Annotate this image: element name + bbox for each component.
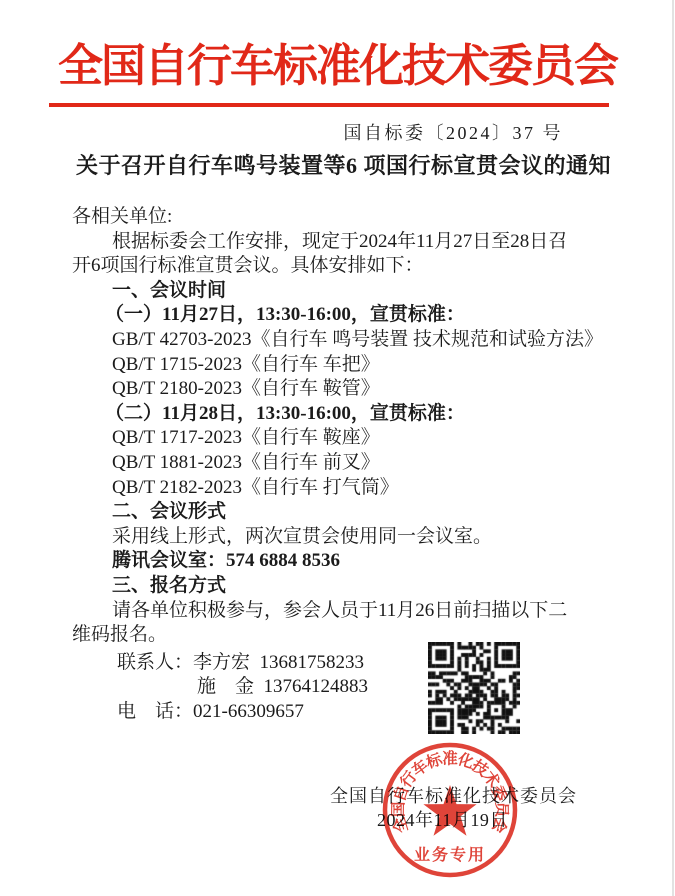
header-red-rule [49,103,609,107]
star-icon [423,785,476,836]
body-line: 采用线上形式，两次宣贯会使用同一会议室。 [72,525,617,550]
body-line: 施 金 13764124883 [72,675,617,700]
body-line: 一、会议时间 [72,279,617,304]
body-line: 各相关单位: [72,205,617,230]
body-line: QB/T 2180-2023《自行车 鞍管》 [72,377,617,402]
body-line: 开6项国行标准宣贯会议。具体安排如下： [72,254,617,279]
notice-body-text: 各相关单位:根据标委会工作安排，现定于2024年11月27日至28日召开6项国行… [72,205,617,724]
stamp-bottom-text: 业务专用 [414,845,486,864]
scanned-notice-document: { "header": { "org_title": "全国自行车标准化技术委员… [0,0,675,896]
body-line: 请各单位积极参与，参会人员于11月26日前扫描以下二 [72,599,617,624]
doc-title: 关于召开自行车鸣号装置等6 项国行标宣贯会议的通知 [12,149,675,180]
body-line: 根据标委会工作安排，现定于2024年11月27日至28日召 [72,230,617,255]
official-stamp: 全国自行车标准化技术委员会 业务专用 [368,728,532,892]
doc-number: 国自标委〔2024〕37 号 [344,119,564,145]
body-line: 二、会议形式 [72,500,617,525]
body-line: GB/T 42703-2023《自行车 鸣号装置 技术规范和试验方法》 [72,328,617,353]
body-line: QB/T 1715-2023《自行车 车把》 [72,353,617,378]
body-line: QB/T 1881-2023《自行车 前叉》 [72,451,617,476]
body-line: 腾讯会议室：574 6884 8536 [72,549,617,574]
body-line: QB/T 2182-2023《自行车 打气筒》 [72,476,617,501]
body-line: 电 话：021-66309657 [72,700,617,725]
stamp-ring-text-char: 会 [488,815,511,836]
body-line: QB/T 1717-2023《自行车 鞍座》 [72,426,617,451]
body-line: （二）11月28日，13:30-16:00，宣贯标准： [72,402,617,427]
body-line: （一）11月27日，13:30-16:00，宣贯标准： [72,303,617,328]
body-line: 联系人：李方宏 13681758233 [72,651,617,676]
org-header-title: 全国自行车标准化技术委员会 [0,29,675,94]
qr-code [428,642,520,734]
scan-edge-artifact [672,0,674,896]
body-line: 维码报名。 [72,623,617,648]
body-line: 三、报名方式 [72,574,617,599]
